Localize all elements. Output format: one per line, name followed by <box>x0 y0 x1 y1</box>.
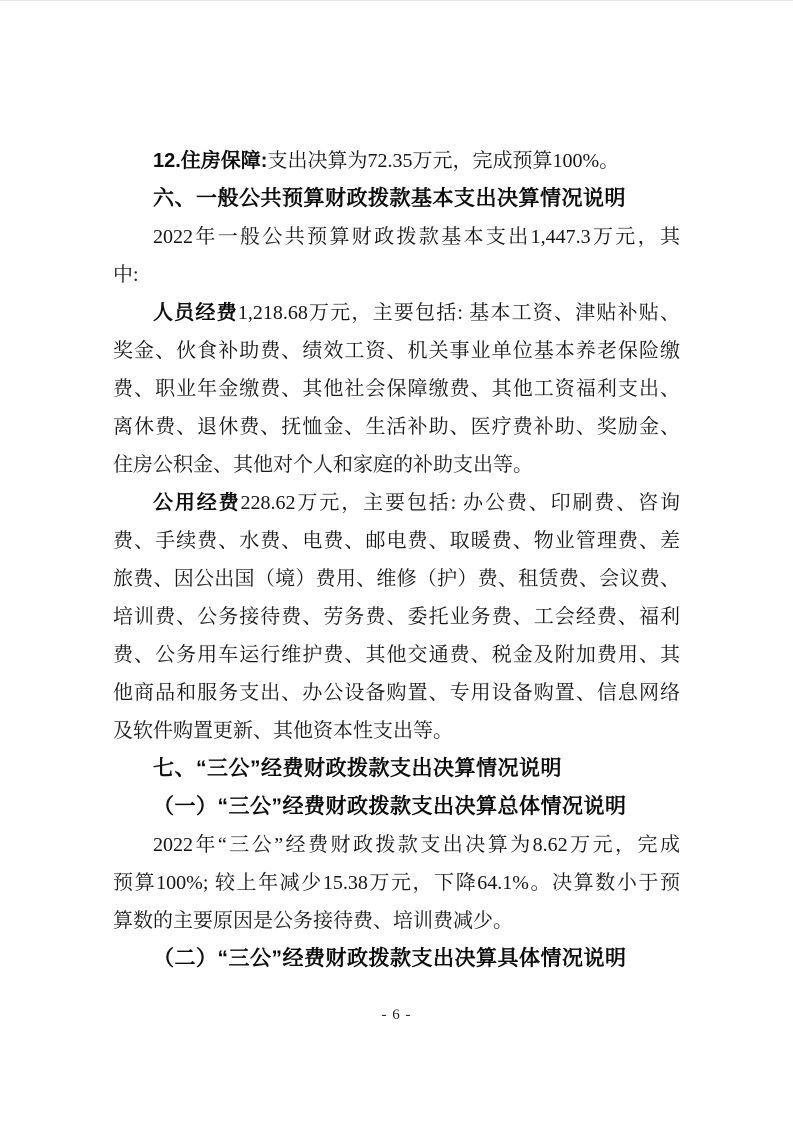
heading-line: 六、一般公共预算财政拨款基本支出决算情况说明 <box>113 180 680 218</box>
line-text: 七、“三公”经费财政拨款支出决算情况说明 <box>153 757 562 780</box>
text-line: 住房公积金、其他对个人和家庭的补助支出等。 <box>113 446 680 484</box>
line-text: 六、一般公共预算财政拨款基本支出决算情况说明 <box>153 187 626 210</box>
line-text: 他商品和服务支出、办公设备购置、专用设备购置、信息网络 <box>113 682 680 704</box>
line-text: 费、公务用车运行维护费、其他交通费、税金及附加费用、其 <box>113 644 680 666</box>
line-text: 算数的主要原因是公务接待费、培训费减少。 <box>113 910 513 932</box>
text-line: 费、公务用车运行维护费、其他交通费、税金及附加费用、其 <box>113 636 680 674</box>
line-text: 2022年一般公共预算财政拨款基本支出1,447.3万元，其 <box>153 226 680 248</box>
text-line: 中: <box>113 256 680 294</box>
text-line: 2022年一般公共预算财政拨款基本支出1,447.3万元，其 <box>113 218 680 256</box>
line-text: 旅费、因公出国（境）费用、维修（护）费、租赁费、会议费、 <box>113 568 680 590</box>
text-line: 2022年“三公”经费财政拨款支出决算为8.62万元，完成 <box>113 826 680 864</box>
text-line: 培训费、公务接待费、劳务费、委托业务费、工会经费、福利 <box>113 598 680 636</box>
bold-run-in: 人员经费 <box>153 302 238 324</box>
text-line: 旅费、因公出国（境）费用、维修（护）费、租赁费、会议费、 <box>113 560 680 598</box>
text-line: 费、手续费、水费、电费、邮电费、取暖费、物业管理费、差 <box>113 522 680 560</box>
line-text: 2022年“三公”经费财政拨款支出决算为8.62万元，完成 <box>153 834 680 856</box>
heading-line: （二）“三公”经费财政拨款支出决算具体情况说明 <box>113 940 680 978</box>
text-line: 预算100%; 较上年减少15.38万元，下降64.1%。决算数小于预 <box>113 864 680 902</box>
text-line: 费、职业年金缴费、其他社会保障缴费、其他工资福利支出、 <box>113 370 680 408</box>
line-text: 支出决算为72.35万元，完成预算100%。 <box>267 150 619 172</box>
page-number: - 6 - <box>0 1007 793 1024</box>
text-line: 人员经费1,218.68万元，主要包括: 基本工资、津贴补贴、 <box>113 294 680 332</box>
text-line: 公用经费228.62万元，主要包括: 办公费、印刷费、咨询 <box>113 484 680 522</box>
line-text: 1,218.68万元，主要包括: 基本工资、津贴补贴、 <box>238 302 680 324</box>
bold-run-in: 12.住房保障: <box>153 150 267 172</box>
text-line: 算数的主要原因是公务接待费、培训费减少。 <box>113 902 680 940</box>
line-text: 奖金、伙食补助费、绩效工资、机关事业单位基本养老保险缴 <box>113 340 680 362</box>
text-line: 奖金、伙食补助费、绩效工资、机关事业单位基本养老保险缴 <box>113 332 680 370</box>
line-text: （一）“三公”经费财政拨款支出决算总体情况说明 <box>153 795 627 818</box>
bold-run-in: 公用经费 <box>153 492 241 514</box>
line-text: 培训费、公务接待费、劳务费、委托业务费、工会经费、福利 <box>113 606 680 628</box>
document-page: 12.住房保障:支出决算为72.35万元，完成预算100%。六、一般公共预算财政… <box>0 0 793 1122</box>
text-line: 离休费、退休费、抚恤金、生活补助、医疗费补助、奖励金、 <box>113 408 680 446</box>
line-text: 费、职业年金缴费、其他社会保障缴费、其他工资福利支出、 <box>113 378 680 400</box>
line-text: 中: <box>113 264 139 286</box>
line-text: 及软件购置更新、其他资本性支出等。 <box>113 720 453 742</box>
page-number-label: - 6 - <box>382 1007 412 1023</box>
text-line: 他商品和服务支出、办公设备购置、专用设备购置、信息网络 <box>113 674 680 712</box>
line-text: （二）“三公”经费财政拨款支出决算具体情况说明 <box>153 947 627 970</box>
line-text: 住房公积金、其他对个人和家庭的补助支出等。 <box>113 454 533 476</box>
line-text: 预算100%; 较上年减少15.38万元，下降64.1%。决算数小于预 <box>113 872 680 894</box>
text-line: 12.住房保障:支出决算为72.35万元，完成预算100%。 <box>113 142 680 180</box>
heading-line: 七、“三公”经费财政拨款支出决算情况说明 <box>113 750 680 788</box>
line-text: 离休费、退休费、抚恤金、生活补助、医疗费补助、奖励金、 <box>113 416 680 438</box>
heading-line: （一）“三公”经费财政拨款支出决算总体情况说明 <box>113 788 680 826</box>
document-body: 12.住房保障:支出决算为72.35万元，完成预算100%。六、一般公共预算财政… <box>113 142 680 978</box>
text-line: 及软件购置更新、其他资本性支出等。 <box>113 712 680 750</box>
line-text: 228.62万元，主要包括: 办公费、印刷费、咨询 <box>241 492 680 514</box>
line-text: 费、手续费、水费、电费、邮电费、取暖费、物业管理费、差 <box>113 530 680 552</box>
